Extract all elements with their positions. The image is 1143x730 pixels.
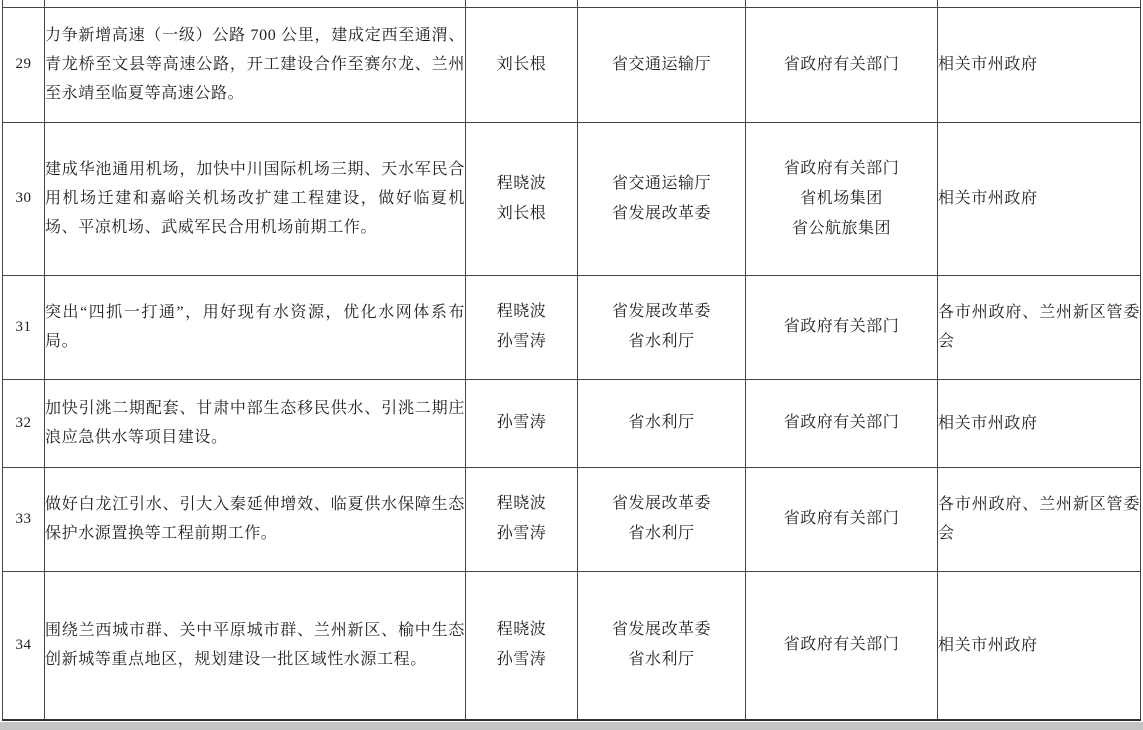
region-cell: 相关市州政府 [938, 7, 1141, 122]
task-cell: 建成华池通用机场，加快中川国际机场三期、天水军民合用机场迁建和嘉峪关机场改扩建工… [45, 122, 466, 275]
lead-dept-cell: 省交通运输厅 [578, 7, 746, 122]
lead-dept-cell: 省发展改革委 省水利厅 [578, 571, 746, 720]
leader-cell: 程晓波 孙雪涛 [466, 275, 578, 379]
leader-cell: 刘长根 [466, 7, 578, 122]
table-row: 32 加快引洮二期配套、甘肃中部生态移民供水、引洮二期庄浪应急供水等项目建设。 … [3, 379, 1141, 467]
leader-cell: 程晓波 刘长根 [466, 122, 578, 275]
row-number-cell: 33 [3, 467, 45, 571]
document-page: 29 力争新增高速（一级）公路 700 公里，建成定西至通渭、青龙桥至文县等高速… [0, 0, 1143, 730]
table-row: 30 建成华池通用机场，加快中川国际机场三期、天水军民合用机场迁建和嘉峪关机场改… [3, 122, 1141, 275]
region-cell: 相关市州政府 [938, 122, 1141, 275]
region-cell: 相关市州政府 [938, 379, 1141, 467]
row-number-cell: 29 [3, 7, 45, 122]
leader-cell: 孙雪涛 [466, 379, 578, 467]
row-number-cell: 32 [3, 379, 45, 467]
table-row: 31 突出“四抓一打通”，用好现有水资源，优化水网体系布局。 程晓波 孙雪涛 省… [3, 275, 1141, 379]
task-cell: 围绕兰西城市群、关中平原城市群、兰州新区、榆中生态创新城等重点地区，规划建设一批… [45, 571, 466, 720]
region-cell: 各市州政府、兰州新区管委会 [938, 275, 1141, 379]
empty-cell [3, 0, 45, 7]
table-row: 33 做好白龙江引水、引大入秦延伸增效、临夏供水保障生态保护水源置换等工程前期工… [3, 467, 1141, 571]
leader-cell: 程晓波 孙雪涛 [466, 467, 578, 571]
row-number-cell: 31 [3, 275, 45, 379]
task-cell: 做好白龙江引水、引大入秦延伸增效、临夏供水保障生态保护水源置换等工程前期工作。 [45, 467, 466, 571]
lead-dept-cell: 省水利厅 [578, 379, 746, 467]
row-number-cell: 30 [3, 122, 45, 275]
page-bottom-shadow [0, 722, 1143, 730]
coop-dept-cell: 省政府有关部门 [746, 571, 938, 720]
empty-cell [45, 0, 466, 7]
coop-dept-cell: 省政府有关部门 [746, 7, 938, 122]
coop-dept-cell: 省政府有关部门 [746, 379, 938, 467]
lead-dept-cell: 省发展改革委 省水利厅 [578, 467, 746, 571]
region-cell: 各市州政府、兰州新区管委会 [938, 467, 1141, 571]
empty-cell [578, 0, 746, 7]
empty-cell [746, 0, 938, 7]
lead-dept-cell: 省发展改革委 省水利厅 [578, 275, 746, 379]
coop-dept-cell: 省政府有关部门 省机场集团 省公航旅集团 [746, 122, 938, 275]
table-row: 34 围绕兰西城市群、关中平原城市群、兰州新区、榆中生态创新城等重点地区，规划建… [3, 571, 1141, 720]
task-cell: 力争新增高速（一级）公路 700 公里，建成定西至通渭、青龙桥至文县等高速公路，… [45, 7, 466, 122]
coop-dept-cell: 省政府有关部门 [746, 467, 938, 571]
lead-dept-cell: 省交通运输厅 省发展改革委 [578, 122, 746, 275]
region-cell: 相关市州政府 [938, 571, 1141, 720]
empty-cell [938, 0, 1141, 7]
task-cell: 突出“四抓一打通”，用好现有水资源，优化水网体系布局。 [45, 275, 466, 379]
empty-cell [466, 0, 578, 7]
tasks-table: 29 力争新增高速（一级）公路 700 公里，建成定西至通渭、青龙桥至文县等高速… [2, 0, 1141, 721]
coop-dept-cell: 省政府有关部门 [746, 275, 938, 379]
partial-row-top [3, 0, 1141, 7]
row-number-cell: 34 [3, 571, 45, 720]
leader-cell: 程晓波 孙雪涛 [466, 571, 578, 720]
table-row: 29 力争新增高速（一级）公路 700 公里，建成定西至通渭、青龙桥至文县等高速… [3, 7, 1141, 122]
task-cell: 加快引洮二期配套、甘肃中部生态移民供水、引洮二期庄浪应急供水等项目建设。 [45, 379, 466, 467]
